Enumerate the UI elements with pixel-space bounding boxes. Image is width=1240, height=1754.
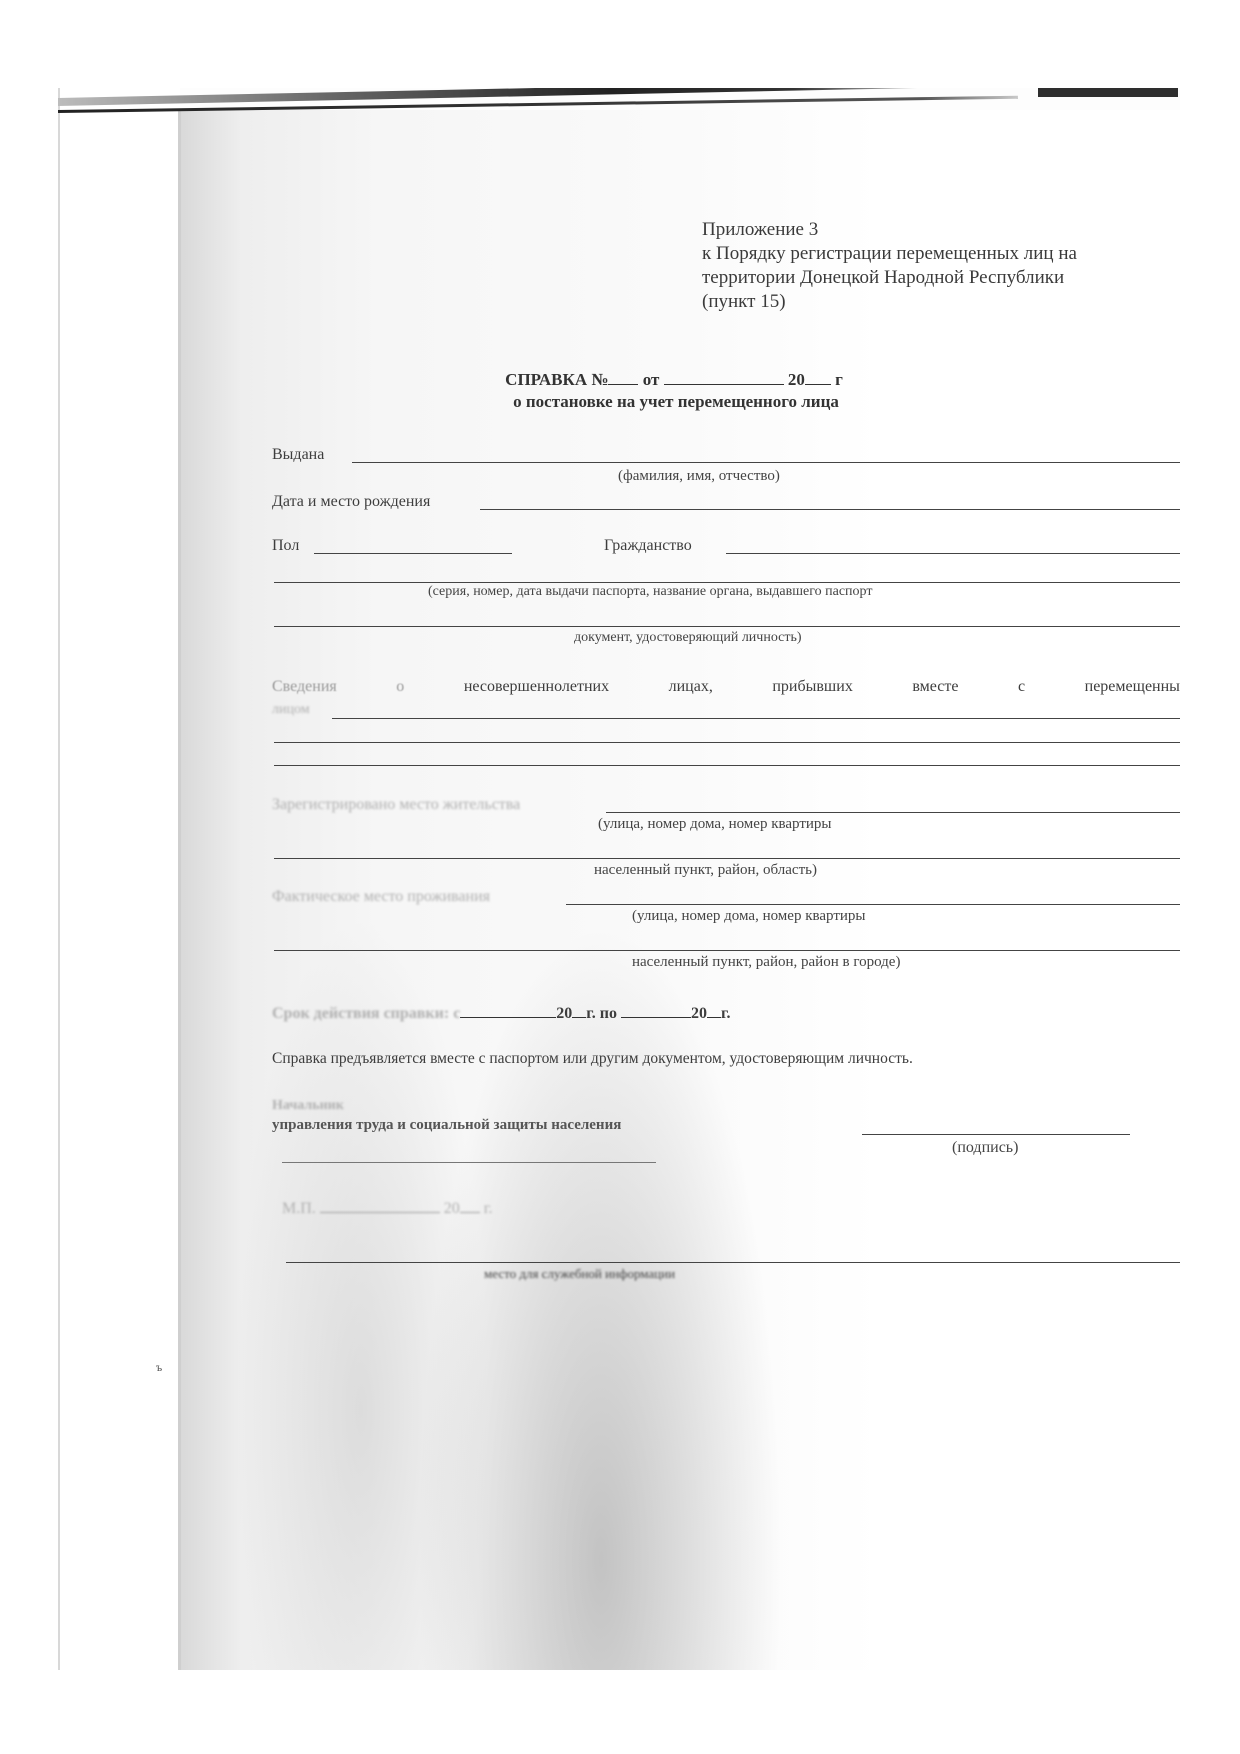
validity-from-year-field[interactable] bbox=[572, 1003, 586, 1018]
scan-top-edge bbox=[58, 88, 1180, 118]
appendix-line-3: территории Донецкой Народной Республики bbox=[702, 266, 1077, 290]
passport-field-2[interactable] bbox=[274, 626, 1180, 627]
actual-hint-2: населенный пункт, район, район в городе) bbox=[632, 954, 900, 971]
birth-field[interactable] bbox=[480, 509, 1180, 510]
minors-label: Сведения о несовершеннолетних лицах, при… bbox=[272, 678, 1180, 696]
minors-field-3[interactable] bbox=[274, 765, 1180, 766]
scan-artifact: ъ bbox=[156, 1360, 162, 1375]
appendix-note: Приложение 3 к Порядку регистрации перем… bbox=[702, 218, 1077, 314]
head-title-2: управления труда и социальной защиты нас… bbox=[272, 1117, 621, 1134]
document-title: СПРАВКА № от 20 г bbox=[0, 370, 1240, 390]
stamp-date-field[interactable] bbox=[320, 1198, 440, 1213]
minors-label-2: лицом bbox=[272, 702, 310, 718]
actual-field-1[interactable] bbox=[566, 904, 1180, 905]
head-name-field[interactable] bbox=[282, 1162, 656, 1163]
scanned-page bbox=[58, 88, 1180, 1670]
passport-hint-1: (серия, номер, дата выдачи паспорта, наз… bbox=[428, 584, 872, 600]
signature-hint: (подпись) bbox=[952, 1139, 1018, 1157]
document-subtitle: о постановке на учет перемещенного лица bbox=[0, 392, 1240, 412]
head-title-1: Начальник bbox=[272, 1098, 344, 1114]
year-field[interactable] bbox=[805, 370, 831, 385]
birth-label: Дата и место рождения bbox=[272, 493, 430, 511]
registered-label: Зарегистрировано место жительства bbox=[272, 796, 520, 814]
appendix-line-1: Приложение 3 bbox=[702, 218, 1077, 242]
citizenship-field[interactable] bbox=[726, 553, 1180, 554]
issued-to-hint: (фамилия, имя, отчество) bbox=[618, 468, 780, 485]
validity-to-year-field[interactable] bbox=[707, 1003, 721, 1018]
signature-field[interactable] bbox=[862, 1134, 1130, 1135]
stamp-line: М.П. 20 г. bbox=[282, 1198, 493, 1218]
validity-to-field[interactable] bbox=[621, 1003, 691, 1018]
service-info-field[interactable] bbox=[286, 1262, 1180, 1263]
validity-line: Срок действия справки: с20г. по 20г. bbox=[272, 1003, 730, 1023]
registered-field-1[interactable] bbox=[606, 812, 1180, 813]
scan-margin bbox=[58, 88, 180, 1670]
registered-field-2[interactable] bbox=[274, 858, 1180, 859]
appendix-line-4: (пункт 15) bbox=[702, 290, 1077, 314]
sex-label: Пол bbox=[272, 537, 299, 555]
minors-field-1[interactable] bbox=[332, 718, 1180, 719]
registered-hint-1: (улица, номер дома, номер квартиры bbox=[598, 816, 832, 833]
date-field[interactable] bbox=[664, 370, 784, 385]
notice-text: Справка предъявляется вместе с паспортом… bbox=[272, 1050, 913, 1068]
actual-label: Фактическое место проживания bbox=[272, 888, 490, 906]
actual-field-2[interactable] bbox=[274, 950, 1180, 951]
service-info-hint: место для служебной информации bbox=[484, 1266, 675, 1282]
sex-field[interactable] bbox=[314, 553, 512, 554]
appendix-line-2: к Порядку регистрации перемещенных лиц н… bbox=[702, 242, 1077, 266]
minors-field-2[interactable] bbox=[274, 742, 1180, 743]
citizenship-label: Гражданство bbox=[604, 537, 692, 555]
passport-hint-2: документ, удостоверяющий личность) bbox=[574, 630, 802, 646]
stamp-year-field[interactable] bbox=[460, 1198, 480, 1213]
issued-to-field[interactable] bbox=[352, 462, 1180, 463]
validity-from-field[interactable] bbox=[460, 1003, 556, 1018]
actual-hint-1: (улица, номер дома, номер квартиры bbox=[632, 908, 866, 925]
issued-to-label: Выдана bbox=[272, 446, 324, 464]
registered-hint-2: населенный пункт, район, область) bbox=[594, 862, 817, 879]
passport-field-1[interactable] bbox=[274, 582, 1180, 583]
number-field[interactable] bbox=[608, 370, 638, 385]
